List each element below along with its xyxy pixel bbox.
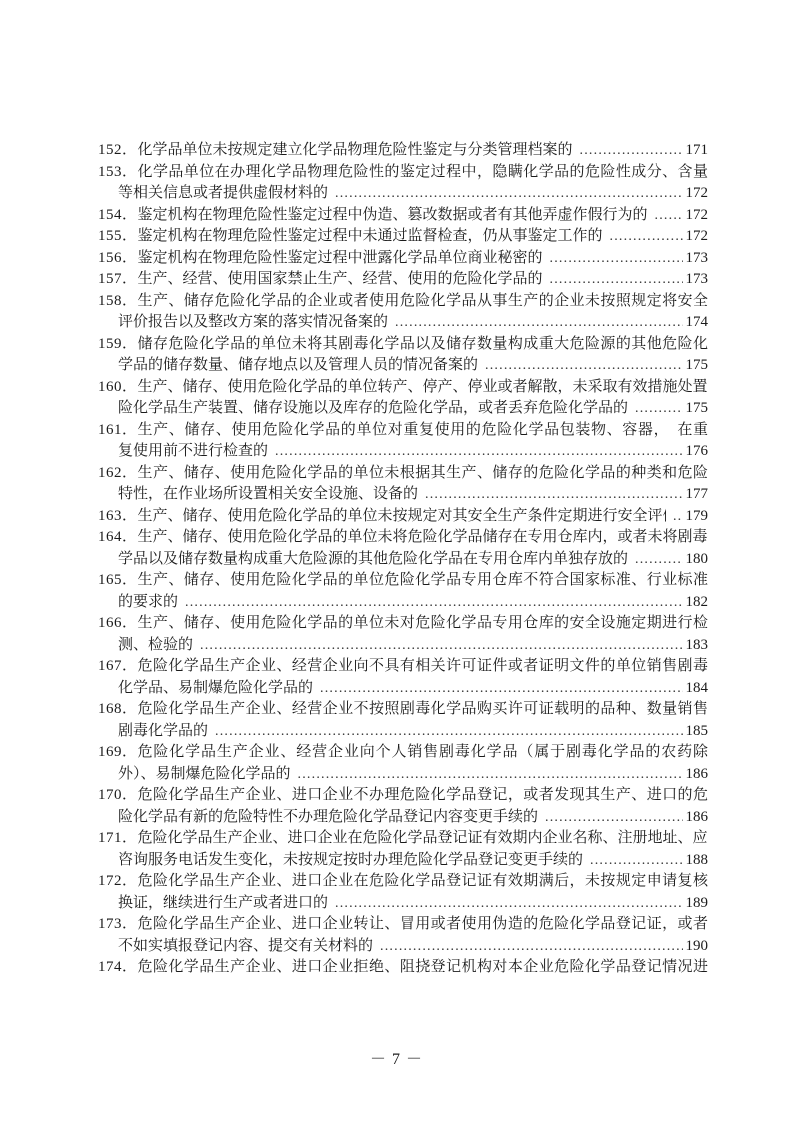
entry-text: 储存危险化学品的单位未将其剧毒化学品以及储存数量构成重大危险源的其他危险化 [138,334,708,356]
entry-text: 险化学品生产装置、储存设施以及库存的危险化学品，或者丢弃危险化学品的 [118,398,628,420]
entry-text: 特性，在作业场所设置相关安全设施、设备的 [118,484,418,506]
document-page: 152．化学品单位未按规定建立化学品物理危险性鉴定与分类管理档案的.......… [0,0,793,1122]
entry-page-number: 175 [686,398,709,420]
toc-entry: 157．生产、经营、使用国家禁止生产、经营、使用的危险化学品的.........… [98,269,708,291]
toc-entry: 154．鉴定机构在物理危险性鉴定过程中伪造、篡改数据或者有其他弄虚作假行为的..… [98,205,708,227]
toc-line: 学品的储存数量、储存地点以及管理人员的情况备案的................… [98,355,708,377]
entry-text: 生产、储存、使用危险化学品的单位未将危险化学品储存在专用仓库内，或者未将剧毒化 [138,527,708,549]
entry-number: 155． [98,226,138,248]
dot-leader: ........................................… [545,807,682,829]
dot-leader: ........................................… [485,355,682,377]
toc-entry: 159．储存危险化学品的单位未将其剧毒化学品以及储存数量构成重大危险源的其他危险… [98,334,708,377]
toc-entry: 166．生产、储存、使用危险化学品的单位未对危险化学品专用仓库的安全设施定期进行… [98,613,708,656]
entry-text: 化学品单位未按规定建立化学品物理危险性鉴定与分类管理档案的 [138,140,573,162]
toc-line: 165．生产、储存、使用危险化学品的单位危险化学品专用仓库不符合国家标准、行业标… [98,570,708,592]
entry-number: 162． [98,463,138,485]
toc-entry: 162．生产、储存、使用危险化学品的单位未根据其生产、储存的危险化学品的种类和危… [98,463,708,506]
entry-page-number: 173 [686,269,709,291]
entry-number: 157． [98,269,138,291]
toc-line: 168．危险化学品生产企业、经营企业不按照剧毒化学品购买许可证载明的品种、数量销… [98,699,708,721]
toc-entry: 169．危险化学品生产企业、经营企业向个人销售剧毒化学品（属于剧毒化学品的农药除… [98,742,708,785]
toc-line: 险化学品生产装置、储存设施以及库存的危险化学品，或者丢弃危险化学品的......… [98,398,708,420]
entry-page-number: 172 [686,226,709,248]
toc-entry: 168．危险化学品生产企业、经营企业不按照剧毒化学品购买许可证载明的品种、数量销… [98,699,708,742]
toc-line: 155．鉴定机构在物理危险性鉴定过程中未通过监督检查，仍从事鉴定工作的.....… [98,226,708,248]
entry-number: 156． [98,248,138,270]
entry-number: 166． [98,613,138,635]
toc-line: 158．生产、储存危险化学品的企业或者使用危险化学品从事生产的企业未按照规定将安… [98,291,708,313]
entry-text: 学品以及储存数量构成重大危险源的其他危险化学品在专用仓库内单独存放的 [118,549,628,571]
dot-leader: ........................................… [635,549,682,571]
entry-text: 生产、储存、使用危险化学品的单位未对危险化学品专用仓库的安全设施定期进行检 [138,613,708,635]
toc-line: 等相关信息或者提供虚假材料的..........................… [98,183,708,205]
entry-page-number: 182 [686,592,709,614]
toc-list: 152．化学品单位未按规定建立化学品物理危险性鉴定与分类管理档案的.......… [98,140,708,979]
page-footer: － 7 － [0,1046,793,1069]
toc-entry: 160．生产、储存、使用危险化学品的单位转产、停产、停业或者解散，未采取有效措施… [98,377,708,420]
toc-entry: 152．化学品单位未按规定建立化学品物理危险性鉴定与分类管理档案的.......… [98,140,708,162]
entry-page-number: 180 [686,549,709,571]
toc-entry: 172．危险化学品生产企业、进口企业在危险化学品登记证有效期满后，未按规定申请复… [98,871,708,914]
dot-leader: ........................................… [215,721,682,743]
entry-text: 外）、易制爆危险化学品的 [118,764,291,786]
dot-leader: ........................................… [275,441,682,463]
entry-text: 生产、储存、使用危险化学品的单位危险化学品专用仓库不符合国家标准、行业标准 [138,570,708,592]
entry-number: 169． [98,742,138,764]
toc-line: 160．生产、储存、使用危险化学品的单位转产、停产、停业或者解散，未采取有效措施… [98,377,708,399]
toc-entry: 158．生产、储存危险化学品的企业或者使用危险化学品从事生产的企业未按照规定将安… [98,291,708,334]
dot-leader: ........................................… [185,592,682,614]
entry-number: 152． [98,140,138,162]
page-number: － 7 － [370,1051,423,1068]
toc-line: 174．危险化学品生产企业、进口企业拒绝、阻挠登记机构对本企业危险化学品登记情况… [98,957,708,979]
entry-text: 等相关信息或者提供虚假材料的 [118,183,328,205]
entry-page-number: 189 [686,893,709,915]
toc-entry: 170．危险化学品生产企业、进口企业不办理危险化学品登记，或者发现其生产、进口的… [98,785,708,828]
entry-number: 161． [98,420,138,442]
entry-text: 生产、储存、使用危险化学品的单位转产、停产、停业或者解散，未采取有效措施处置危 [138,377,708,399]
toc-line: 化学品、易制爆危险化学品的...........................… [98,678,708,700]
toc-entry: 173．危险化学品生产企业、进口企业转让、冒用或者使用伪造的危险化学品登记证，或… [98,914,708,957]
entry-text: 复使用前不进行检查的 [118,441,268,463]
entry-number: 172． [98,871,138,893]
entry-page-number: 176 [686,441,709,463]
entry-text: 鉴定机构在物理危险性鉴定过程中未通过监督检查，仍从事鉴定工作的 [138,226,603,248]
entry-text: 咨询服务电话发生变化，未按规定按时办理危险化学品登记变更手续的 [118,850,583,872]
entry-number: 164． [98,527,138,549]
toc-line: 170．危险化学品生产企业、进口企业不办理危险化学品登记，或者发现其生产、进口的… [98,785,708,807]
entry-page-number: 188 [686,850,709,872]
dot-leader: ........................................… [200,635,682,657]
toc-line: 161．生产、储存、使用危险化学品的单位对重复使用的危险化学品包装物、容器， 在… [98,420,708,442]
toc-line: 167．危险化学品生产企业、经营企业向不具有相关许可证件或者证明文件的单位销售剧… [98,656,708,678]
entry-page-number: 184 [686,678,709,700]
entry-number: 160． [98,377,138,399]
entry-number: 154． [98,205,138,227]
toc-entry: 155．鉴定机构在物理危险性鉴定过程中未通过监督检查，仍从事鉴定工作的.....… [98,226,708,248]
entry-text: 生产、储存、使用危险化学品的单位未根据其生产、储存的危险化学品的种类和危险 [138,463,708,485]
entry-text: 不如实填报登记内容、提交有关材料的 [118,936,373,958]
dot-leader: ........................................… [550,269,683,291]
entry-page-number: 190 [686,936,709,958]
toc-line: 153．化学品单位在办理化学品物理危险性的鉴定过程中，隐瞒化学品的危险性成分、含… [98,162,708,184]
entry-text: 危险化学品生产企业、进口企业在危险化学品登记证有效期满后，未按规定申请复核 [138,871,708,893]
toc-entry: 156．鉴定机构在物理危险性鉴定过程中泄露化学品单位商业秘密的.........… [98,248,708,270]
entry-text: 生产、储存、使用危险化学品的单位对重复使用的危险化学品包装物、容器， 在重 [138,420,708,442]
entry-number: 163． [98,506,138,528]
entry-text: 学品的储存数量、储存地点以及管理人员的情况备案的 [118,355,478,377]
toc-entry: 163．生产、储存、使用危险化学品的单位未按规定对其安全生产条件定期进行安全评价… [98,506,708,528]
entry-page-number: 172 [686,183,709,205]
entry-page-number: 179 [686,506,709,528]
toc-entry: 171．危险化学品生产企业、进口企业在危险化学品登记证有效期内企业名称、注册地址… [98,828,708,871]
toc-line: 测、检验的...................................… [98,635,708,657]
toc-line: 163．生产、储存、使用危险化学品的单位未按规定对其安全生产条件定期进行安全评价… [98,506,708,528]
dot-leader: ........................................… [335,183,682,205]
dot-leader: ........................................… [395,312,682,334]
entry-text: 危险化学品生产企业、进口企业拒绝、阻挠登记机构对本企业危险化学品登记情况进 [138,957,708,979]
toc-line: 164．生产、储存、使用危险化学品的单位未将危险化学品储存在专用仓库内，或者未将… [98,527,708,549]
toc-line: 不如实填报登记内容、提交有关材料的.......................… [98,936,708,958]
entry-text: 换证，继续进行生产或者进口的 [118,893,328,915]
entry-text: 的要求的 [118,592,178,614]
entry-page-number: 177 [686,484,709,506]
entry-page-number: 185 [686,721,709,743]
entry-number: 173． [98,914,138,936]
toc-line: 156．鉴定机构在物理危险性鉴定过程中泄露化学品单位商业秘密的.........… [98,248,708,270]
entry-text: 剧毒化学品的 [118,721,208,743]
entry-page-number: 173 [686,248,709,270]
dot-leader: ........................................… [320,678,682,700]
entry-text: 测、检验的 [118,635,193,657]
dot-leader: ........................................… [550,248,683,270]
dot-leader: ........................................… [590,850,682,872]
entry-number: 158． [98,291,138,313]
toc-entry: 174．危险化学品生产企业、进口企业拒绝、阻挠登记机构对本企业危险化学品登记情况… [98,957,708,979]
entry-text: 化学品单位在办理化学品物理危险性的鉴定过程中，隐瞒化学品的危险性成分、含量 [138,162,708,184]
dot-leader: ........................................… [580,140,683,162]
toc-line: 险化学品有新的危险特性不办理危险化学品登记内容变更手续的............… [98,807,708,829]
entry-page-number: 174 [686,312,709,334]
entry-number: 165． [98,570,138,592]
entry-text: 险化学品有新的危险特性不办理危险化学品登记内容变更手续的 [118,807,538,829]
toc-entry: 161．生产、储存、使用危险化学品的单位对重复使用的危险化学品包装物、容器， 在… [98,420,708,463]
entry-page-number: 172 [686,205,709,227]
entry-text: 生产、经营、使用国家禁止生产、经营、使用的危险化学品的 [138,269,543,291]
toc-entry: 165．生产、储存、使用危险化学品的单位危险化学品专用仓库不符合国家标准、行业标… [98,570,708,613]
dot-leader: ........................................… [610,226,683,248]
dot-leader: ........................................… [298,764,683,786]
toc-line: 172．危险化学品生产企业、进口企业在危险化学品登记证有效期满后，未按规定申请复… [98,871,708,893]
dot-leader: ........................................… [425,484,682,506]
dot-leader: ........................................… [635,398,682,420]
entry-text: 危险化学品生产企业、进口企业不办理危险化学品登记，或者发现其生产、进口的危 [138,785,708,807]
entry-page-number: 186 [686,807,709,829]
entry-number: 153． [98,162,138,184]
toc-line: 166．生产、储存、使用危险化学品的单位未对危险化学品专用仓库的安全设施定期进行… [98,613,708,635]
entry-text: 危险化学品生产企业、进口企业转让、冒用或者使用伪造的危险化学品登记证，或者 [138,914,708,936]
toc-line: 171．危险化学品生产企业、进口企业在危险化学品登记证有效期内企业名称、注册地址… [98,828,708,850]
entry-text: 鉴定机构在物理危险性鉴定过程中泄露化学品单位商业秘密的 [138,248,543,270]
dot-leader: ........................................… [673,506,683,528]
entry-page-number: 171 [686,140,709,162]
toc-line: 换证，继续进行生产或者进口的..........................… [98,893,708,915]
toc-line: 169．危险化学品生产企业、经营企业向个人销售剧毒化学品（属于剧毒化学品的农药除 [98,742,708,764]
toc-entry: 153．化学品单位在办理化学品物理危险性的鉴定过程中，隐瞒化学品的危险性成分、含… [98,162,708,205]
entry-text: 生产、储存危险化学品的企业或者使用危险化学品从事生产的企业未按照规定将安全 [138,291,708,313]
toc-line: 外）、易制爆危险化学品的............................… [98,764,708,786]
dot-leader: ........................................… [335,893,682,915]
toc-entry: 164．生产、储存、使用危险化学品的单位未将危险化学品储存在专用仓库内，或者未将… [98,527,708,570]
toc-line: 特性，在作业场所设置相关安全设施、设备的....................… [98,484,708,506]
toc-line: 154．鉴定机构在物理危险性鉴定过程中伪造、篡改数据或者有其他弄虚作假行为的..… [98,205,708,227]
entry-text: 评价报告以及整改方案的落实情况备案的 [118,312,388,334]
dot-leader: ........................................… [380,936,682,958]
dot-leader: ........................................… [655,205,683,227]
toc-line: 的要求的....................................… [98,592,708,614]
entry-number: 168． [98,699,138,721]
entry-text: 生产、储存、使用危险化学品的单位未按规定对其安全生产条件定期进行安全评价的 [138,506,666,528]
entry-text: 危险化学品生产企业、经营企业向个人销售剧毒化学品（属于剧毒化学品的农药除 [138,742,708,764]
toc-line: 剧毒化学品的..................................… [98,721,708,743]
entry-number: 171． [98,828,138,850]
toc-line: 152．化学品单位未按规定建立化学品物理危险性鉴定与分类管理档案的.......… [98,140,708,162]
toc-line: 学品以及储存数量构成重大危险源的其他危险化学品在专用仓库内单独存放的......… [98,549,708,571]
toc-entry: 167．危险化学品生产企业、经营企业向不具有相关许可证件或者证明文件的单位销售剧… [98,656,708,699]
toc-line: 162．生产、储存、使用危险化学品的单位未根据其生产、储存的危险化学品的种类和危… [98,463,708,485]
entry-number: 170． [98,785,138,807]
entry-page-number: 175 [686,355,709,377]
toc-line: 173．危险化学品生产企业、进口企业转让、冒用或者使用伪造的危险化学品登记证，或… [98,914,708,936]
toc-line: 复使用前不进行检查的..............................… [98,441,708,463]
entry-text: 化学品、易制爆危险化学品的 [118,678,313,700]
entry-number: 174． [98,957,138,979]
entry-number: 167． [98,656,138,678]
entry-page-number: 186 [686,764,709,786]
entry-number: 159． [98,334,138,356]
entry-text: 危险化学品生产企业、经营企业向不具有相关许可证件或者证明文件的单位销售剧毒 [138,656,708,678]
entry-text: 危险化学品生产企业、经营企业不按照剧毒化学品购买许可证载明的品种、数量销售 [138,699,708,721]
toc-line: 咨询服务电话发生变化，未按规定按时办理危险化学品登记变更手续的.........… [98,850,708,872]
entry-page-number: 183 [686,635,709,657]
toc-line: 评价报告以及整改方案的落实情况备案的......................… [98,312,708,334]
toc-line: 157．生产、经营、使用国家禁止生产、经营、使用的危险化学品的.........… [98,269,708,291]
entry-text: 鉴定机构在物理危险性鉴定过程中伪造、篡改数据或者有其他弄虚作假行为的 [138,205,648,227]
toc-line: 159．储存危险化学品的单位未将其剧毒化学品以及储存数量构成重大危险源的其他危险… [98,334,708,356]
entry-text: 危险化学品生产企业、进口企业在危险化学品登记证有效期内企业名称、注册地址、应急 [138,828,708,850]
